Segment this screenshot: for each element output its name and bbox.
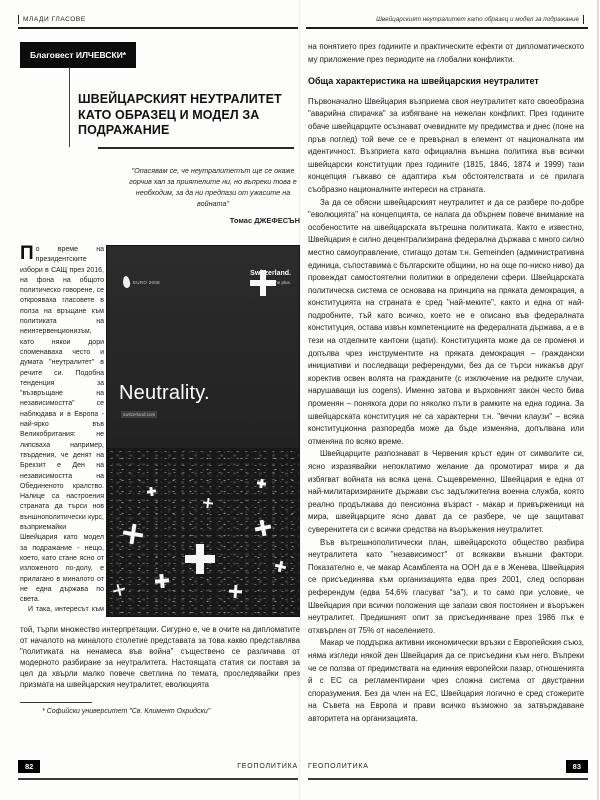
crowd-photo: [107, 448, 299, 616]
right-page-footer: ГЕОПОЛИТИКА 83: [308, 758, 588, 780]
body-paragraph: на понятието през годините и практически…: [308, 41, 584, 66]
body-paragraph-text: о време на президентските избори в САЩ п…: [20, 246, 104, 603]
swiss-cross-icon: [250, 270, 276, 296]
poster-url: switzerland.com: [121, 411, 157, 418]
epigraph-text: "Опасявам се, че неутралитетът ще се ока…: [126, 165, 300, 210]
swiss-cross-icon: [229, 585, 243, 599]
rubric-header: МЛАДИ ГЛАСОВЕ: [18, 15, 86, 24]
left-page: МЛАДИ ГЛАСОВЕ Благовест ИЛЧЕВСКИ* ШВЕЙЦА…: [12, 10, 298, 790]
swiss-cross-icon: [146, 486, 156, 496]
swiss-cross-icon: [256, 478, 266, 488]
neutrality-poster: EURO 2008 Switzerland. Discover the plus…: [106, 245, 300, 617]
swiss-cross-icon: [154, 573, 169, 588]
article-body: на понятието през годините и практически…: [308, 41, 584, 751]
swiss-cross-icon: [112, 583, 127, 598]
swiss-cross-icon: [202, 497, 213, 508]
epigraph-attribution: Томас ДЖЕФЕСЪН: [126, 215, 300, 227]
title-connector-line: [69, 67, 70, 147]
swiss-cross-icon: [274, 560, 287, 573]
journal-name: ГЕОПОЛИТИКА: [237, 763, 298, 770]
body-paragraph: За да се обясни швейцарският неутралитет…: [308, 197, 584, 449]
body-column: По време на президентските избори в САЩ …: [20, 245, 104, 617]
left-page-footer: 82 ГЕОПОЛИТИКА: [18, 758, 298, 780]
body-paragraph: Швейцарците разпознават в Червения кръст…: [308, 448, 584, 536]
header-rule: [306, 27, 588, 29]
journal-name: ГЕОПОЛИТИКА: [308, 763, 369, 770]
swiss-cross-icon: [254, 519, 273, 538]
body-continuation: той, търпи множество интерпретации. Сигу…: [20, 624, 300, 694]
title-rule: [98, 147, 294, 149]
running-head: Швейцарският неутралитет като образец и …: [302, 15, 584, 24]
body-paragraph: И така, интересът към неутралитета се ус…: [20, 605, 104, 617]
page-number: 82: [18, 760, 40, 773]
body-paragraph: Във вътрешнополитически план, швейцарско…: [308, 537, 584, 638]
header-rule: [18, 27, 298, 29]
footnote: * Софийски университет "Св. Климент Охри…: [42, 708, 210, 715]
article-title: ШВЕЙЦАРСКИЯТ НЕУТРАЛИТЕТ КАТО ОБРАЗЕЦ И …: [78, 92, 300, 139]
body-paragraph: Макар че поддържа активни икономически в…: [308, 637, 584, 725]
swiss-cross-icon: [122, 523, 145, 546]
euro-2008-logo: EURO 2008: [123, 276, 160, 288]
rubric-tick: [18, 15, 19, 24]
body-paragraph: Първоначално Швейцария възприема своя не…: [308, 96, 584, 197]
footnote-rule: [20, 702, 92, 703]
body-paragraph: По време на президентските избори в САЩ …: [20, 245, 104, 605]
running-head-label: Швейцарският неутралитет като образец и …: [376, 16, 579, 23]
section-heading: Обща характеристика на швейцарския неутр…: [308, 75, 584, 88]
euro-logo-label: EURO 2008: [133, 280, 160, 285]
page-number: 83: [566, 760, 588, 773]
rubric-label: МЛАДИ ГЛАСОВЕ: [23, 16, 86, 23]
running-head-tick: [583, 15, 584, 24]
switzerland-brand: Switzerland. Discover the plus.: [250, 270, 291, 285]
scan-edge: [597, 0, 599, 800]
swiss-cross-icon: [185, 544, 215, 574]
right-page: Швейцарският неутралитет като образец и …: [302, 10, 588, 790]
drop-cap: П: [20, 246, 34, 262]
author-box: Благовест ИЛЧЕВСКИ*: [20, 42, 136, 68]
flower-icon: [122, 276, 131, 289]
poster-headline: Neutrality.: [119, 382, 210, 405]
epigraph: "Опасявам се, че неутралитетът ще се ока…: [126, 165, 300, 226]
